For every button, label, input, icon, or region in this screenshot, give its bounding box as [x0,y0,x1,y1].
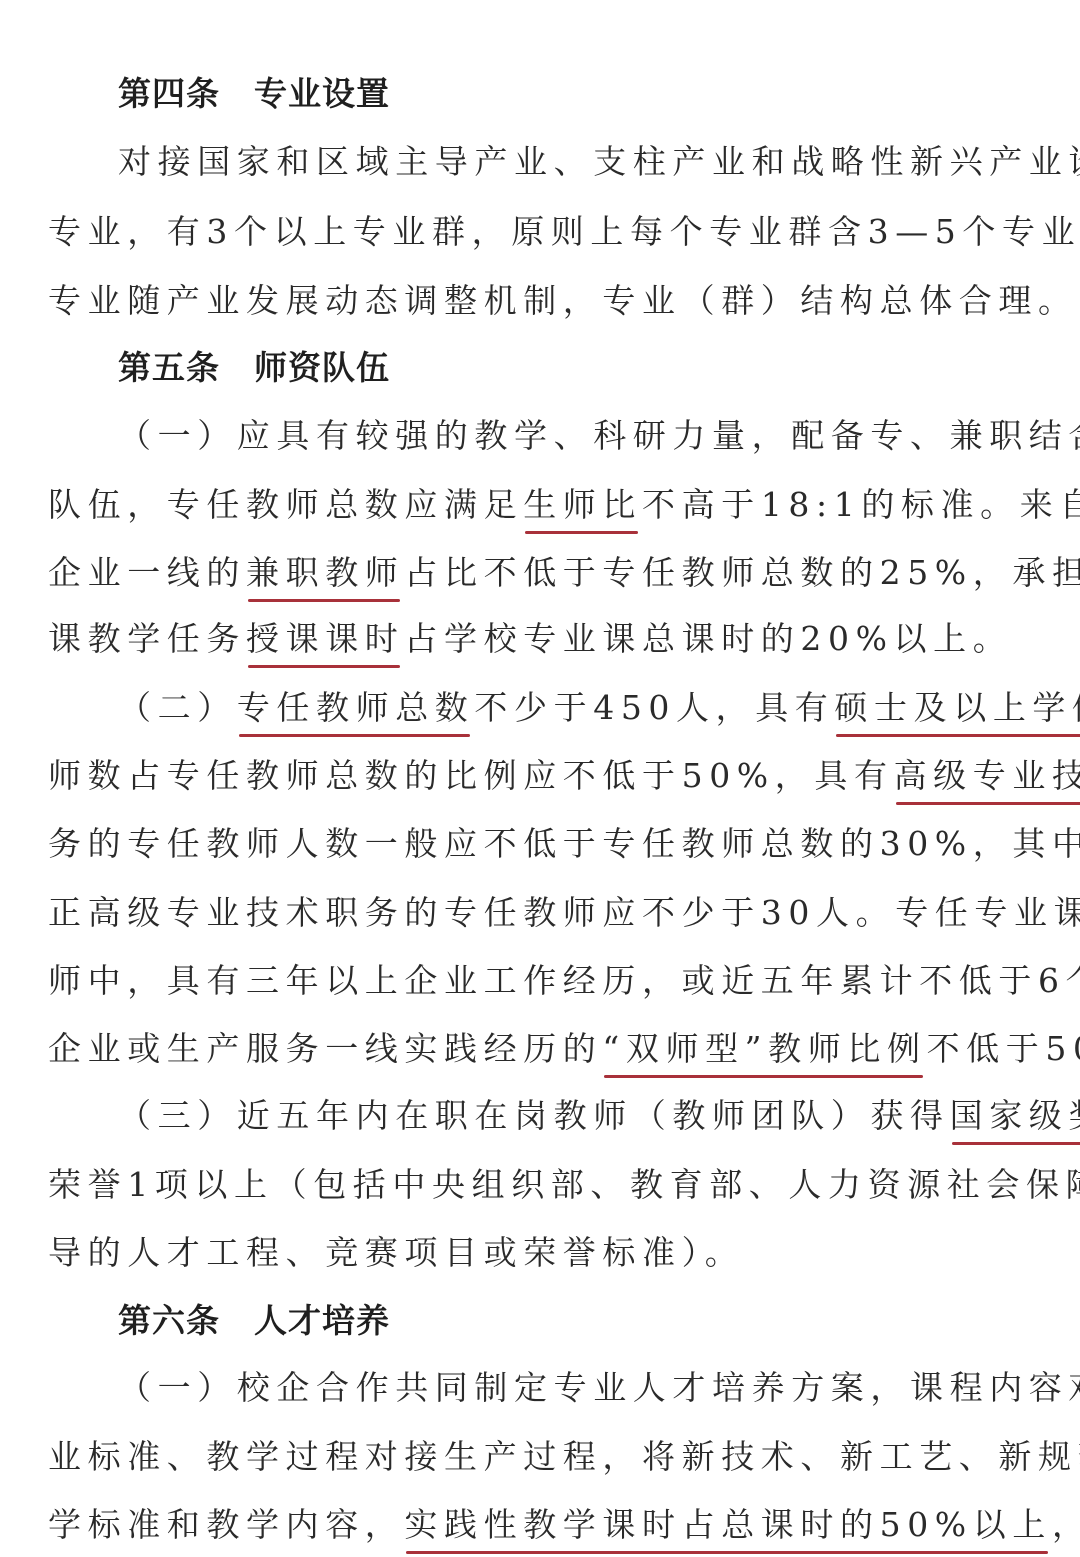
text-segment: ，顶岗实 [1052,1505,1080,1544]
text-segment: 占比不低于专任教师总数的25%，承担专业 [404,553,1080,592]
article-4-heading: 第四条 专业设置 [118,69,390,119]
article-4-line-1: 对接国家和区域主导产业、支柱产业和战略性新兴产业设置 [118,137,1038,187]
underlined-text: 生师比 [523,485,642,524]
article-6-para-1-line-1: （一）校企合作共同制定专业人才培养方案，课程内容对接职 [118,1363,1038,1413]
text-segment: 占学校专业课总课时的20%以上。 [404,619,1012,658]
text-segment: 师数占专任教师总数的比例应不低于50%，具有 [48,756,894,795]
article-5-para-2-line-6: 企业或生产服务一线实践经历的“双师型”教师比例不低于50%。 [48,1024,1038,1074]
underlined-text: 国家级奖励 [950,1096,1080,1135]
text-segment: 队伍，专任教师总数应满足 [48,485,523,524]
article-5-para-1-line-1: （一）应具有较强的教学、科研力量，配备专、兼职结合的教师 [118,411,1038,461]
article-5-para-3-line-2: 荣誉1项以上（包括中央组织部、教育部、人力资源社会保障部主 [48,1160,1038,1210]
article-5-para-1-line-3: 企业一线的兼职教师占比不低于专任教师总数的25%，承担专业 [48,548,1038,598]
article-5-para-2-line-3: 务的专任教师人数一般应不低于专任教师总数的30%，其中具有 [48,819,1038,869]
article-5-para-3-line-3: 导的人才工程、竞赛项目或荣誉标准）。 [48,1228,1038,1278]
text-segment: 学标准和教学内容， [48,1505,404,1544]
text-segment: （二） [118,688,237,727]
text-segment: 企业或生产服务一线实践经历的 [48,1029,602,1068]
article-4-line-2: 专业，有3个以上专业群，原则上每个专业群含3—5个专业，建有 [48,207,1038,257]
article-5-para-1-line-2: 队伍，专任教师总数应满足生师比不高于18:1的标准。来自行业 [48,480,1038,530]
article-5-para-3-line-1: （三）近五年内在职在岗教师（教师团队）获得国家级奖励或 [118,1091,1038,1141]
article-6-para-1-line-2: 业标准、教学过程对接生产过程，将新技术、新工艺、新规范纳入教 [48,1432,1038,1482]
text-segment: 课教学任务 [48,619,246,658]
underlined-text: 授课课时 [246,619,404,658]
article-5-para-2-line-1: （二）专任教师总数不少于450人，具有硕士及以上学位的教 [118,683,1038,733]
text-segment: （三）近五年内在职在岗教师（教师团队）获得 [118,1096,950,1135]
document-page: 第四条 专业设置 对接国家和区域主导产业、支柱产业和战略性新兴产业设置 专业，有… [0,0,1080,1557]
article-4-line-3: 专业随产业发展动态调整机制，专业（群）结构总体合理。 [48,276,1038,326]
text-segment: 企业一线的 [48,553,246,592]
text-segment: 不高于18:1的标准。来自行业 [642,485,1080,524]
article-5-para-2-line-2: 师数占专任教师总数的比例应不低于50%，具有高级专业技术职 [48,751,1038,801]
article-5-para-2-line-4: 正高级专业技术职务的专任教师应不少于30人。专任专业课教 [48,888,1038,938]
article-5-para-1-line-4: 课教学任务授课课时占学校专业课总课时的20%以上。 [48,614,1038,664]
underlined-text: 实践性教学课时占总课时的50%以上 [404,1505,1052,1544]
underlined-text: 兼职教师 [246,553,404,592]
underlined-text: 硕士及以上学位 [834,688,1080,727]
underlined-text: 高级专业技术职 [894,756,1080,795]
article-5-heading: 第五条 师资队伍 [118,343,390,393]
article-6-heading: 第六条 人才培养 [118,1296,390,1346]
article-6-para-1-line-3: 学标准和教学内容，实践性教学课时占总课时的50%以上，顶岗实 [48,1500,1038,1550]
underlined-text: “双师型”教师比例 [602,1029,926,1068]
article-5-para-2-line-5: 师中，具有三年以上企业工作经历，或近五年累计不低于6个月到 [48,956,1038,1006]
text-segment: 不低于50%。 [927,1029,1080,1068]
underlined-text: 专任教师总数 [237,688,475,727]
text-segment: 不少于450人，具有 [474,688,834,727]
